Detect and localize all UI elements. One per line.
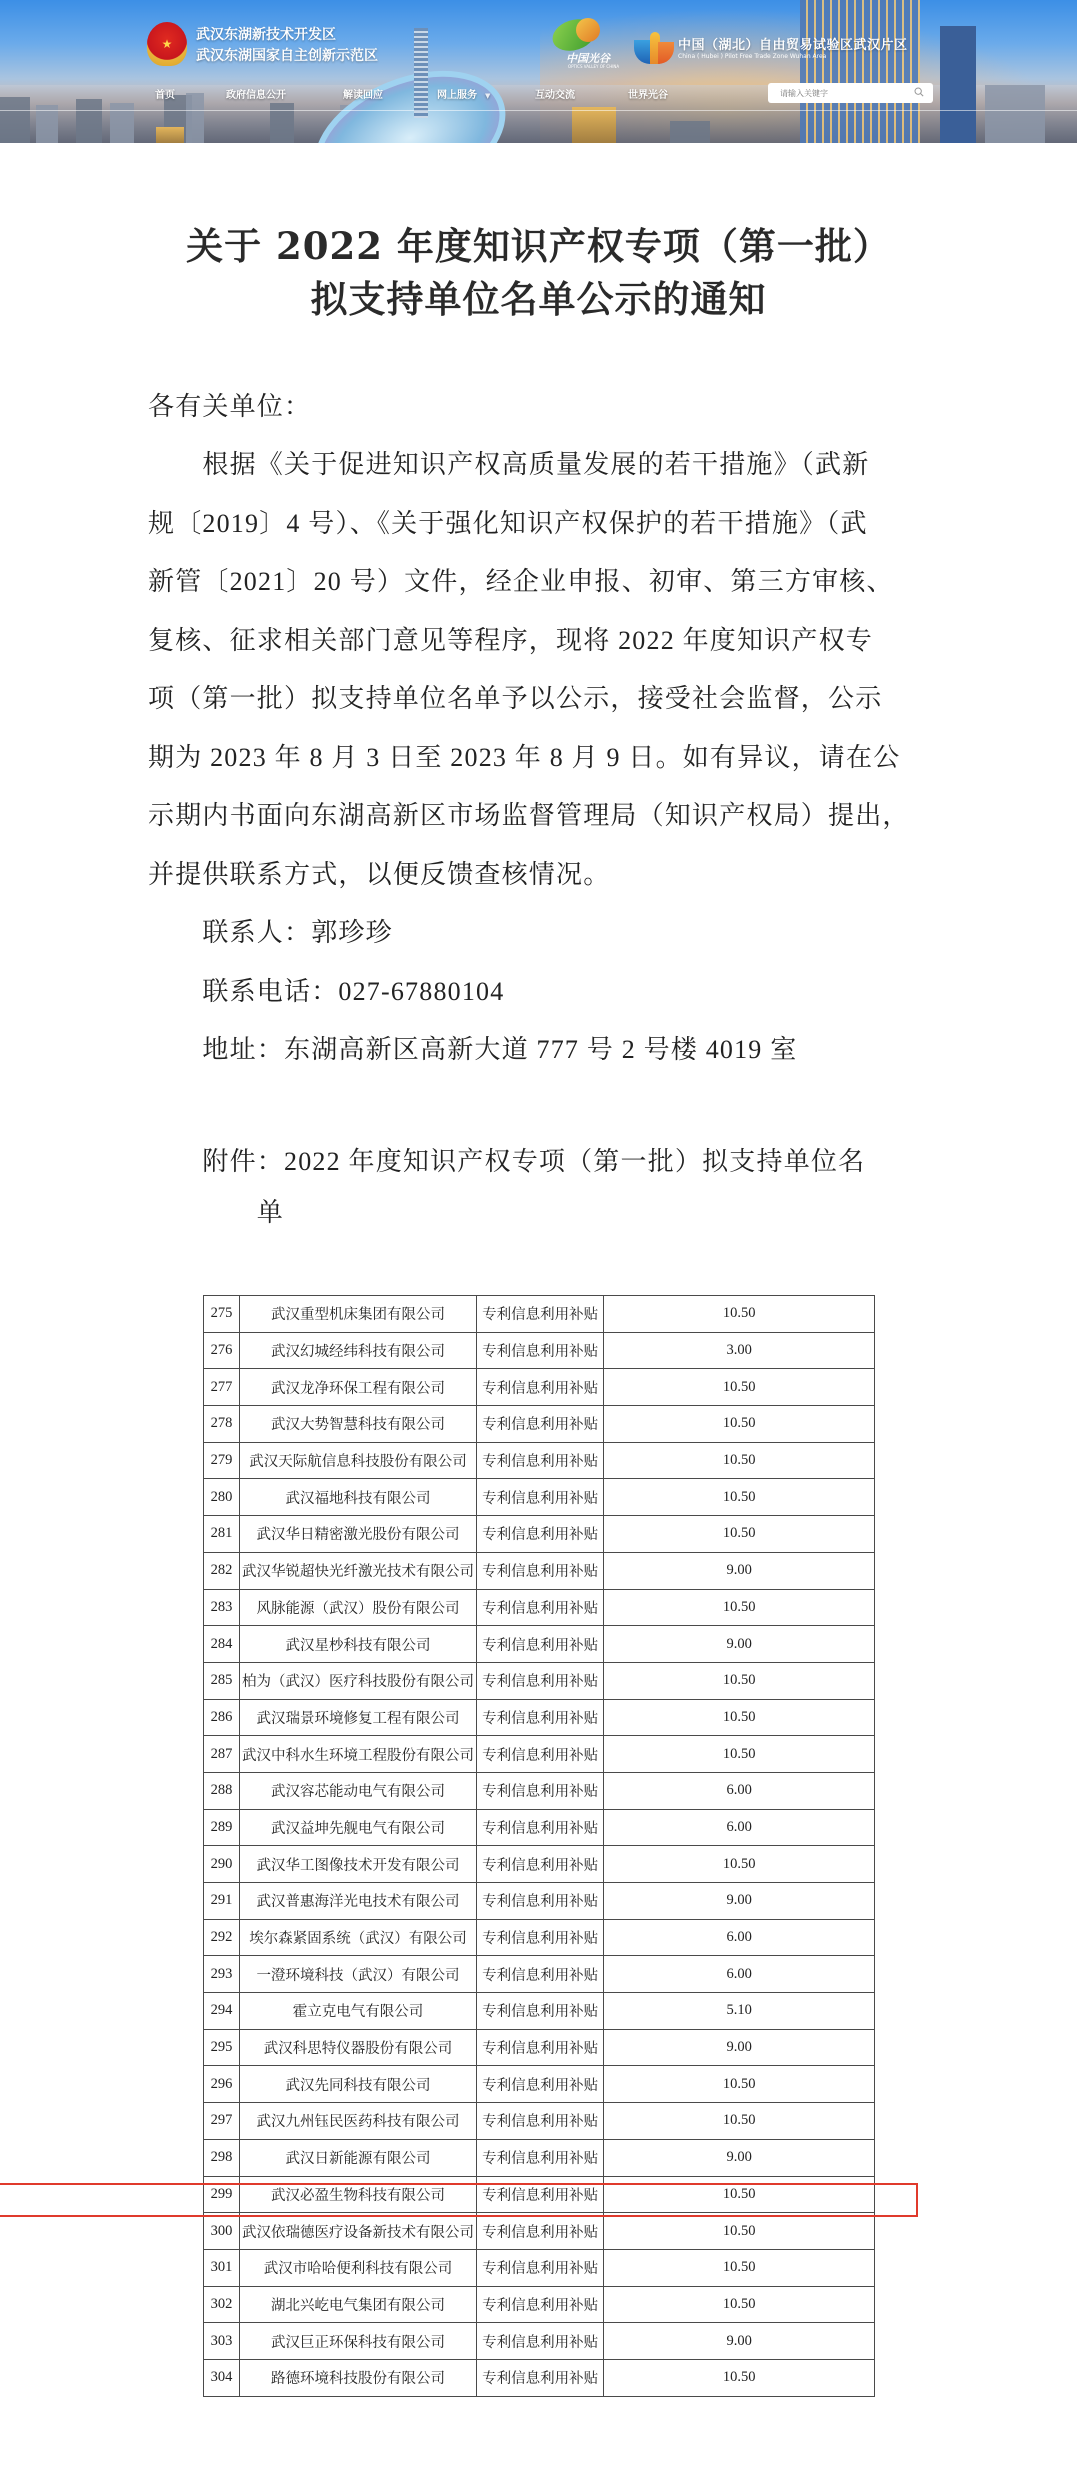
subsidy-type: 专利信息利用补贴 [477,2213,604,2250]
subsidy-type: 专利信息利用补贴 [477,1809,604,1846]
row-number: 281 [204,1516,240,1553]
table-row: 303武汉巨正环保科技有限公司专利信息利用补贴9.00 [204,2323,875,2360]
company-name: 武汉中科水生环境工程股份有限公司 [240,1736,477,1773]
table-row: 278武汉大势智慧科技有限公司专利信息利用补贴10.50 [204,1406,875,1443]
subsidy-type: 专利信息利用补贴 [477,1956,604,1993]
row-number: 279 [204,1442,240,1479]
nav-item-gov-info[interactable]: 政府信息公开 [226,86,286,101]
company-name: 武汉星杪科技有限公司 [240,1626,477,1663]
subsidy-type: 专利信息利用补贴 [477,2139,604,2176]
company-name: 湖北兴屹电气集团有限公司 [240,2286,477,2323]
company-name: 武汉先同科技有限公司 [240,2066,477,2103]
contact-phone: 联系电话：027-67880104 [148,971,938,1008]
company-name: 武汉科思特仪器股份有限公司 [240,2029,477,2066]
skyline-building [670,121,710,143]
table-row: 275武汉重型机床集团有限公司专利信息利用补贴10.50 [204,1296,875,1333]
skyline-building [572,107,616,143]
supported-units-table: 275武汉重型机床集团有限公司专利信息利用补贴10.50276武汉幻城经纬科技有… [203,1295,875,2397]
table-row: 282武汉华锐超快光纤激光技术有限公司专利信息利用补贴9.00 [204,1552,875,1589]
contact-address: 地址：东湖高新区高新大道 777 号 2 号楼 4019 室 [148,1029,938,1066]
subsidy-type: 专利信息利用补贴 [477,2359,604,2396]
subsidy-amount: 10.50 [604,1589,875,1626]
company-name: 武汉益坤先舰电气有限公司 [240,1809,477,1846]
table-row: 288武汉容芯能动电气有限公司专利信息利用补贴6.00 [204,1772,875,1809]
row-number: 278 [204,1406,240,1443]
table-row: 280武汉福地科技有限公司专利信息利用补贴10.50 [204,1479,875,1516]
subsidy-type: 专利信息利用补贴 [477,1479,604,1516]
table-row: 284武汉星杪科技有限公司专利信息利用补贴9.00 [204,1626,875,1663]
row-number: 282 [204,1552,240,1589]
nav-label: 互动交流 [535,90,575,101]
nav-item-home[interactable]: 首页 [155,86,175,101]
row-number: 293 [204,1956,240,1993]
nav-item-interpretation[interactable]: 解读回应 [343,86,383,101]
body-line: 根据《关于促进知识产权高质量发展的若干措施》（武新 [148,444,938,481]
company-name: 武汉福地科技有限公司 [240,1479,477,1516]
subsidy-amount: 10.50 [604,1369,875,1406]
subsidy-type: 专利信息利用补贴 [477,1736,604,1773]
subsidy-type: 专利信息利用补贴 [477,1699,604,1736]
row-number: 292 [204,1919,240,1956]
table-row: 296武汉先同科技有限公司专利信息利用补贴10.50 [204,2066,875,2103]
row-number: 277 [204,1369,240,1406]
table-row: 290武汉华工图像技术开发有限公司专利信息利用补贴10.50 [204,1846,875,1883]
subsidy-amount: 10.50 [604,2213,875,2250]
site-org-name[interactable]: 武汉东湖新技术开发区 武汉东湖国家自主创新示范区 [196,25,378,67]
row-number: 294 [204,1993,240,2030]
subsidy-amount: 3.00 [604,1332,875,1369]
company-name: 一澄环境科技（武汉）有限公司 [240,1956,477,1993]
row-number: 285 [204,1662,240,1699]
nav-divider [0,110,1077,111]
company-name: 武汉容芯能动电气有限公司 [240,1772,477,1809]
search-box [768,83,933,103]
company-name: 武汉九州钰民医药科技有限公司 [240,2103,477,2140]
table-row: 295武汉科思特仪器股份有限公司专利信息利用补贴9.00 [204,2029,875,2066]
row-number: 283 [204,1589,240,1626]
subsidy-type: 专利信息利用补贴 [477,1626,604,1663]
optics-valley-sun-icon [576,18,600,42]
table-row: 302湖北兴屹电气集团有限公司专利信息利用补贴10.50 [204,2286,875,2323]
skyline-building [156,127,184,143]
row-number: 275 [204,1296,240,1333]
row-number: 280 [204,1479,240,1516]
row-number: 303 [204,2323,240,2360]
company-name: 武汉天际航信息科技股份有限公司 [240,1442,477,1479]
company-name: 路德环境科技股份有限公司 [240,2359,477,2396]
table-row: 291武汉普惠海洋光电技术有限公司专利信息利用补贴9.00 [204,1883,875,1920]
subsidy-amount: 9.00 [604,2029,875,2066]
row-number: 289 [204,1809,240,1846]
subsidy-amount: 9.00 [604,2323,875,2360]
subsidy-amount: 6.00 [604,1919,875,1956]
table-row: 276武汉幻城经纬科技有限公司专利信息利用补贴3.00 [204,1332,875,1369]
row-number: 288 [204,1772,240,1809]
subsidy-type: 专利信息利用补贴 [477,1883,604,1920]
subsidy-type: 专利信息利用补贴 [477,1993,604,2030]
company-name: 武汉华锐超快光纤激光技术有限公司 [240,1552,477,1589]
subsidy-type: 专利信息利用补贴 [477,1332,604,1369]
skyline-building [110,103,134,143]
row-number: 286 [204,1699,240,1736]
subsidy-type: 专利信息利用补贴 [477,1589,604,1626]
row-number: 301 [204,2249,240,2286]
org-name-line1: 武汉东湖新技术开发区 [196,25,378,46]
table-body: 275武汉重型机床集团有限公司专利信息利用补贴10.50276武汉幻城经纬科技有… [204,1296,875,2397]
row-number: 302 [204,2286,240,2323]
table-row: 285柏为（武汉）医疗科技股份有限公司专利信息利用补贴10.50 [204,1662,875,1699]
skyline-building [270,103,294,143]
subsidy-amount: 9.00 [604,2139,875,2176]
subsidy-type: 专利信息利用补贴 [477,1552,604,1589]
subsidy-type: 专利信息利用补贴 [477,1846,604,1883]
row-number: 297 [204,2103,240,2140]
contact-person: 联系人：郭珍珍 [148,912,938,949]
subsidy-type: 专利信息利用补贴 [477,2176,604,2213]
row-number: 291 [204,1883,240,1920]
company-name: 风脉能源（武汉）股份有限公司 [240,1589,477,1626]
table-row: 292埃尔森紧固系统（武汉）有限公司专利信息利用补贴6.00 [204,1919,875,1956]
table-row: 298武汉日新能源有限公司专利信息利用补贴9.00 [204,2139,875,2176]
subsidy-type: 专利信息利用补贴 [477,1369,604,1406]
subsidy-type: 专利信息利用补贴 [477,1442,604,1479]
subsidy-amount: 6.00 [604,1956,875,1993]
subsidy-type: 专利信息利用补贴 [477,2029,604,2066]
table-row: 300武汉依瑞德医疗设备新技术有限公司专利信息利用补贴10.50 [204,2213,875,2250]
subsidy-type: 专利信息利用补贴 [477,1919,604,1956]
table-row: 297武汉九州钰民医药科技有限公司专利信息利用补贴10.50 [204,2103,875,2140]
subsidy-amount: 10.50 [604,1296,875,1333]
nav-label: 网上服务 [437,90,477,101]
table-row: 287武汉中科水生环境工程股份有限公司专利信息利用补贴10.50 [204,1736,875,1773]
main-nav: 首页 政府信息公开 解读回应 网上服务▼ 互动交流 世界光谷 [0,83,1077,105]
nav-label: 首页 [155,90,175,101]
subsidy-amount: 9.00 [604,1626,875,1663]
row-number: 290 [204,1846,240,1883]
table-row: 301武汉市哈哈便利科技有限公司专利信息利用补贴10.50 [204,2249,875,2286]
row-number: 284 [204,1626,240,1663]
subsidy-amount: 10.50 [604,1662,875,1699]
table-row: 304路德环境科技股份有限公司专利信息利用补贴10.50 [204,2359,875,2396]
subsidy-amount: 9.00 [604,1552,875,1589]
body-line: 新管〔2021〕20 号）文件，经企业申报、初审、第三方审核、 [148,561,938,598]
table-row: 289武汉益坤先舰电气有限公司专利信息利用补贴6.00 [204,1809,875,1846]
subsidy-amount: 10.50 [604,2286,875,2323]
row-number: 300 [204,2213,240,2250]
subsidy-amount: 10.50 [604,2176,875,2213]
nav-item-world-optics-valley[interactable]: 世界光谷 [628,86,668,101]
subsidy-amount: 9.00 [604,1883,875,1920]
national-emblem-icon[interactable]: ★ [147,22,187,66]
row-number: 299 [204,2176,240,2213]
search-input[interactable] [768,84,903,102]
nav-item-online-services[interactable]: 网上服务▼ [437,86,490,101]
body-line: 规〔2019〕4 号）、《关于强化知识产权保护的若干措施》（武 [148,503,938,540]
subsidy-amount: 10.50 [604,1846,875,1883]
subsidy-amount: 10.50 [604,1699,875,1736]
table-row: 279武汉天际航信息科技股份有限公司专利信息利用补贴10.50 [204,1442,875,1479]
company-name: 埃尔森紧固系统（武汉）有限公司 [240,1919,477,1956]
table-row: 299武汉必盈生物科技有限公司专利信息利用补贴10.50 [204,2176,875,2213]
company-name: 武汉华工图像技术开发有限公司 [240,1846,477,1883]
table-row: 293一澄环境科技（武汉）有限公司专利信息利用补贴6.00 [204,1956,875,1993]
subsidy-type: 专利信息利用补贴 [477,1516,604,1553]
subsidy-amount: 10.50 [604,2359,875,2396]
nav-item-interaction[interactable]: 互动交流 [535,86,575,101]
row-number: 304 [204,2359,240,2396]
subsidy-amount: 6.00 [604,1809,875,1846]
company-name: 武汉瑞景环境修复工程有限公司 [240,1699,477,1736]
banner-tower [800,0,920,143]
row-number: 295 [204,2029,240,2066]
optics-valley-subtitle: OPTICS VALLEY OF CHINA [568,64,619,69]
subsidy-amount: 10.50 [604,1736,875,1773]
nav-label: 政府信息公开 [226,90,286,101]
attachment-line1: 附件：2022 年度知识产权专项（第一批）拟支持单位名 [148,1141,938,1178]
company-name: 武汉普惠海洋光电技术有限公司 [240,1883,477,1920]
table-row: 294霍立克电气有限公司专利信息利用补贴5.10 [204,1993,875,2030]
article-title-line2: 拟支持单位名单公示的通知 [0,269,1077,323]
table-row: 283风脉能源（武汉）股份有限公司专利信息利用补贴10.50 [204,1589,875,1626]
subsidy-amount: 10.50 [604,1516,875,1553]
ftz-subtitle: China ( Hubei ) Pilot Free Trade Zone Wu… [678,53,826,60]
row-number: 296 [204,2066,240,2103]
row-number: 298 [204,2139,240,2176]
row-number: 287 [204,1736,240,1773]
body-line: 期为 2023 年 8 月 3 日至 2023 年 8 月 9 日。如有异议，请… [148,737,938,774]
org-name-line2: 武汉东湖国家自主创新示范区 [196,46,378,67]
optics-valley-logo[interactable]: 中国光谷 OPTICS VALLEY OF CHINA [548,14,626,66]
subsidy-type: 专利信息利用补贴 [477,1662,604,1699]
company-name: 武汉幻城经纬科技有限公司 [240,1332,477,1369]
chevron-down-icon: ▼ [485,92,490,100]
subsidy-type: 专利信息利用补贴 [477,2323,604,2360]
subsidy-type: 专利信息利用补贴 [477,1406,604,1443]
subsidy-amount: 10.50 [604,2066,875,2103]
company-name: 柏为（武汉）医疗科技股份有限公司 [240,1662,477,1699]
subsidy-type: 专利信息利用补贴 [477,2249,604,2286]
body-line: 示期内书面向东湖高新区市场监督管理局（知识产权局）提出， [148,795,938,832]
company-name: 武汉市哈哈便利科技有限公司 [240,2249,477,2286]
ftz-logo-icon[interactable] [634,32,674,66]
body-line: 复核、征求相关部门意见等程序，现将 2022 年度知识产权专 [148,620,938,657]
table-row: 286武汉瑞景环境修复工程有限公司专利信息利用补贴10.50 [204,1699,875,1736]
salutation: 各有关单位： [148,386,938,423]
company-name: 武汉必盈生物科技有限公司 [240,2176,477,2213]
subsidy-type: 专利信息利用补贴 [477,1296,604,1333]
ftz-title[interactable]: 中国（湖北）自由贸易试验区武汉片区 [678,34,908,53]
row-number: 276 [204,1332,240,1369]
subsidy-amount: 10.50 [604,1406,875,1443]
subsidy-amount: 10.50 [604,1442,875,1479]
article-title-line1: 关于 2022 年度知识产权专项（第一批） [0,216,1077,270]
body-line: 并提供联系方式，以便反馈查核情况。 [148,854,938,891]
subsidy-amount: 10.50 [604,2103,875,2140]
company-name: 武汉日新能源有限公司 [240,2139,477,2176]
table-row: 281武汉华日精密激光股份有限公司专利信息利用补贴10.50 [204,1516,875,1553]
subsidy-amount: 10.50 [604,2249,875,2286]
attachment-line2: 单 [148,1192,938,1229]
subsidy-type: 专利信息利用补贴 [477,2103,604,2140]
company-name: 武汉华日精密激光股份有限公司 [240,1516,477,1553]
skyline-building [76,99,102,143]
company-name: 武汉依瑞德医疗设备新技术有限公司 [240,2213,477,2250]
company-name: 武汉重型机床集团有限公司 [240,1296,477,1333]
company-name: 武汉巨正环保科技有限公司 [240,2323,477,2360]
subsidy-type: 专利信息利用补贴 [477,2286,604,2323]
site-header-banner: ★ 武汉东湖新技术开发区 武汉东湖国家自主创新示范区 中国光谷 OPTICS V… [0,0,1077,143]
company-name: 武汉龙净环保工程有限公司 [240,1369,477,1406]
subsidy-amount: 5.10 [604,1993,875,2030]
company-name: 霍立克电气有限公司 [240,1993,477,2030]
company-name: 武汉大势智慧科技有限公司 [240,1406,477,1443]
nav-label: 解读回应 [343,90,383,101]
search-icon[interactable] [914,87,924,97]
table-row: 277武汉龙净环保工程有限公司专利信息利用补贴10.50 [204,1369,875,1406]
body-line: 项（第一批）拟支持单位名单予以公示，接受社会监督，公示 [148,678,938,715]
nav-label: 世界光谷 [628,90,668,101]
subsidy-amount: 6.00 [604,1772,875,1809]
subsidy-type: 专利信息利用补贴 [477,1772,604,1809]
subsidy-type: 专利信息利用补贴 [477,2066,604,2103]
subsidy-amount: 10.50 [604,1479,875,1516]
